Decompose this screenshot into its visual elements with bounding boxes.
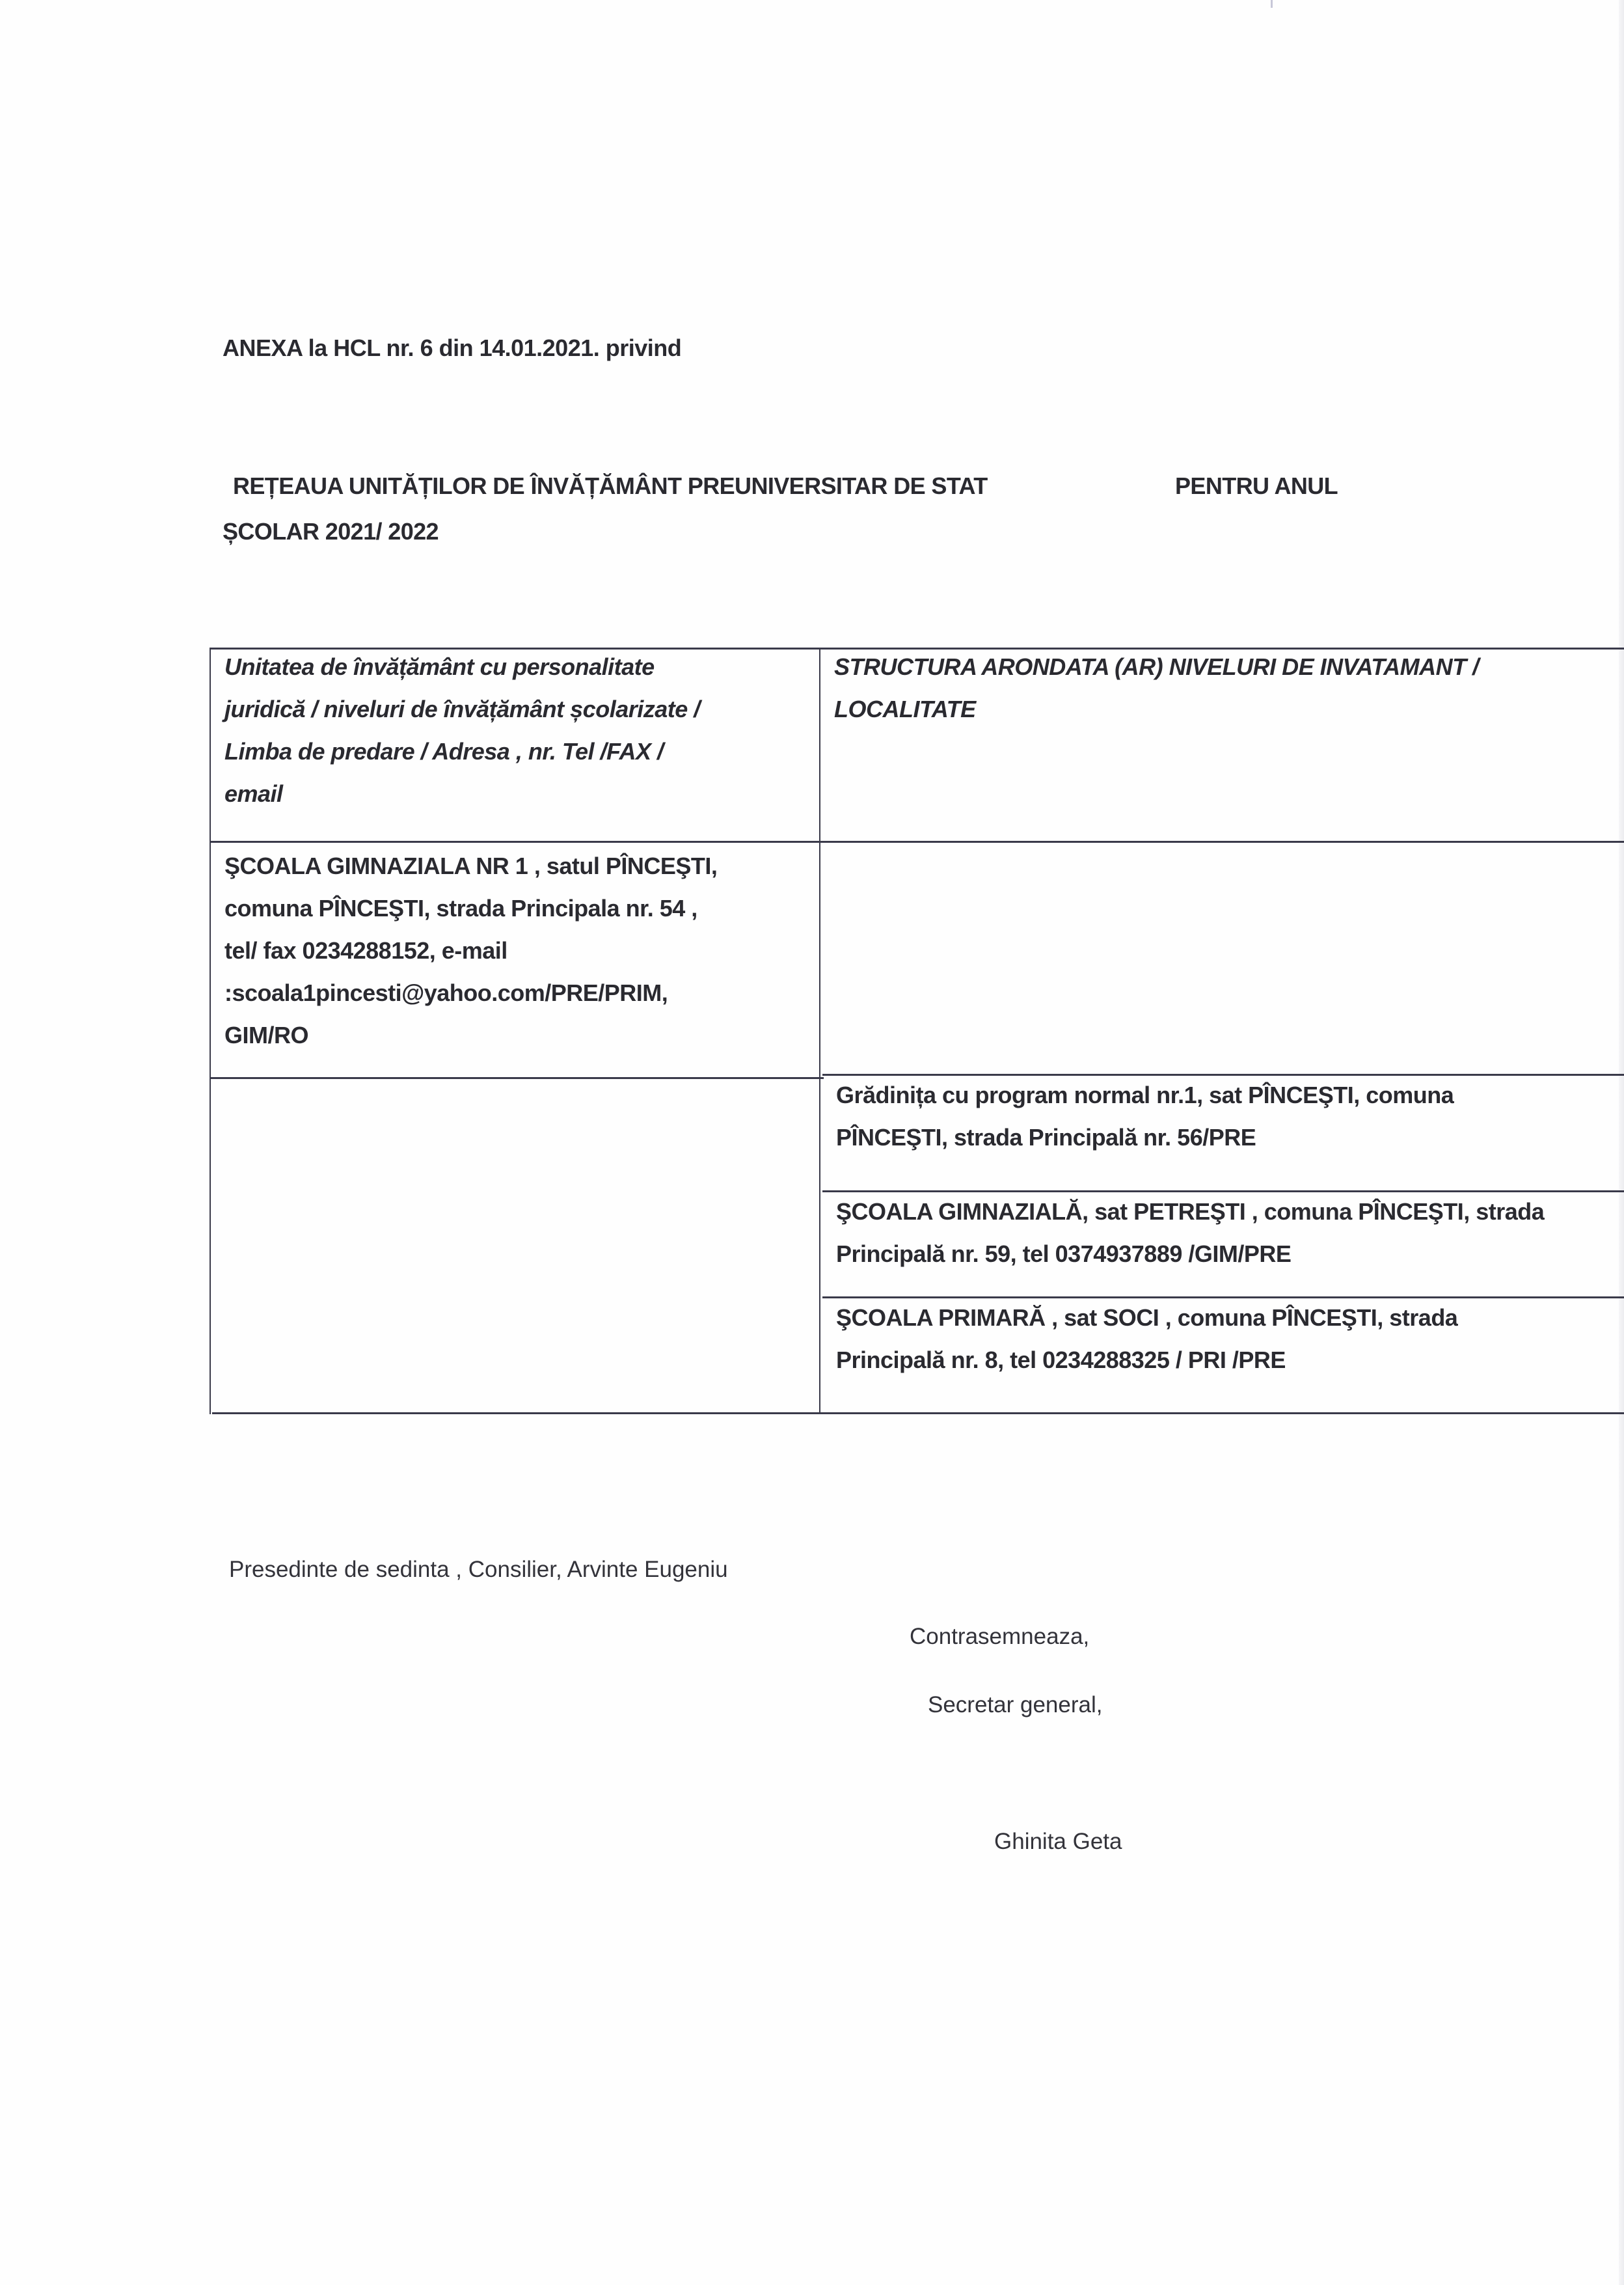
network-title-year-label: PENTRU ANUL xyxy=(1175,472,1338,500)
structure-line: Principală nr. 59, tel 0374937889 /GIM/P… xyxy=(836,1233,1544,1275)
scan-mark xyxy=(1271,0,1273,8)
structure-line: ŞCOALA GIMNAZIALĂ, sat PETREŞTI , comuna… xyxy=(836,1190,1544,1233)
header-right-line: LOCALITATE xyxy=(834,688,1479,730)
header-right: STRUCTURA ARONDATA (AR) NIVELURI DE INVA… xyxy=(834,646,1479,730)
scan-edge xyxy=(1619,0,1624,2285)
table-border-bottom xyxy=(212,1412,1624,1414)
header-left-line: juridică / niveluri de învățământ școlar… xyxy=(224,688,700,730)
secretary-title: Secretar general, xyxy=(928,1692,1102,1718)
header-right-line: STRUCTURA ARONDATA (AR) NIVELURI DE INVA… xyxy=(834,646,1479,688)
network-title: REȚEAUA UNITĂȚILOR DE ÎNVĂȚĂMÂNT PREUNIV… xyxy=(233,472,988,500)
header-left-line: email xyxy=(224,773,700,815)
president-signature: Presedinte de sedinta , Consilier, Arvin… xyxy=(229,1557,728,1583)
structure-line: Grădinița cu program normal nr.1, sat PÎ… xyxy=(836,1074,1454,1116)
table-header-divider xyxy=(210,841,1624,843)
main-unit-line: GIM/RO xyxy=(224,1014,717,1056)
structure-line: PÎNCEŞTI, strada Principală nr. 56/PRE xyxy=(836,1116,1454,1158)
structure-line: ŞCOALA PRIMARĂ , sat SOCI , comuna PÎNCE… xyxy=(836,1296,1457,1339)
main-unit-line: :scoala1pincesti@yahoo.com/PRE/PRIM, xyxy=(224,972,717,1014)
structure-cell-gradinita: Grădinița cu program normal nr.1, sat PÎ… xyxy=(836,1074,1454,1158)
main-unit-line: comuna PÎNCEŞTI, strada Principala nr. 5… xyxy=(224,887,717,929)
network-title-school-year: ȘCOLAR 2021/ 2022 xyxy=(223,518,439,545)
header-left-line: Unitatea de învățământ cu personalitate xyxy=(224,646,700,688)
header-left: Unitatea de învățământ cu personalitate … xyxy=(224,646,700,815)
document-page: ANEXA la HCL nr. 6 din 14.01.2021. privi… xyxy=(0,0,1624,2285)
secretary-name: Ghinita Geta xyxy=(994,1829,1122,1855)
table-row-divider-main xyxy=(211,1077,824,1079)
main-unit-cell: ŞCOALA GIMNAZIALA NR 1 , satul PÎNCEŞTI,… xyxy=(224,845,717,1056)
header-left-line: Limba de predare / Adresa , nr. Tel /FAX… xyxy=(224,730,700,773)
table-column-divider xyxy=(819,648,820,1414)
main-unit-line: ŞCOALA GIMNAZIALA NR 1 , satul PÎNCEŞTI, xyxy=(224,845,717,887)
main-unit-line: tel/ fax 0234288152, e-mail xyxy=(224,929,717,972)
table-border-left xyxy=(210,648,211,1414)
structure-line: Principală nr. 8, tel 0234288325 / PRI /… xyxy=(836,1339,1457,1381)
structure-cell-soci: ŞCOALA PRIMARĂ , sat SOCI , comuna PÎNCE… xyxy=(836,1296,1457,1381)
structure-cell-petresti: ŞCOALA GIMNAZIALĂ, sat PETREŞTI , comuna… xyxy=(836,1190,1544,1275)
annex-title: ANEXA la HCL nr. 6 din 14.01.2021. privi… xyxy=(223,335,681,362)
countersign-label: Contrasemneaza, xyxy=(910,1624,1089,1650)
